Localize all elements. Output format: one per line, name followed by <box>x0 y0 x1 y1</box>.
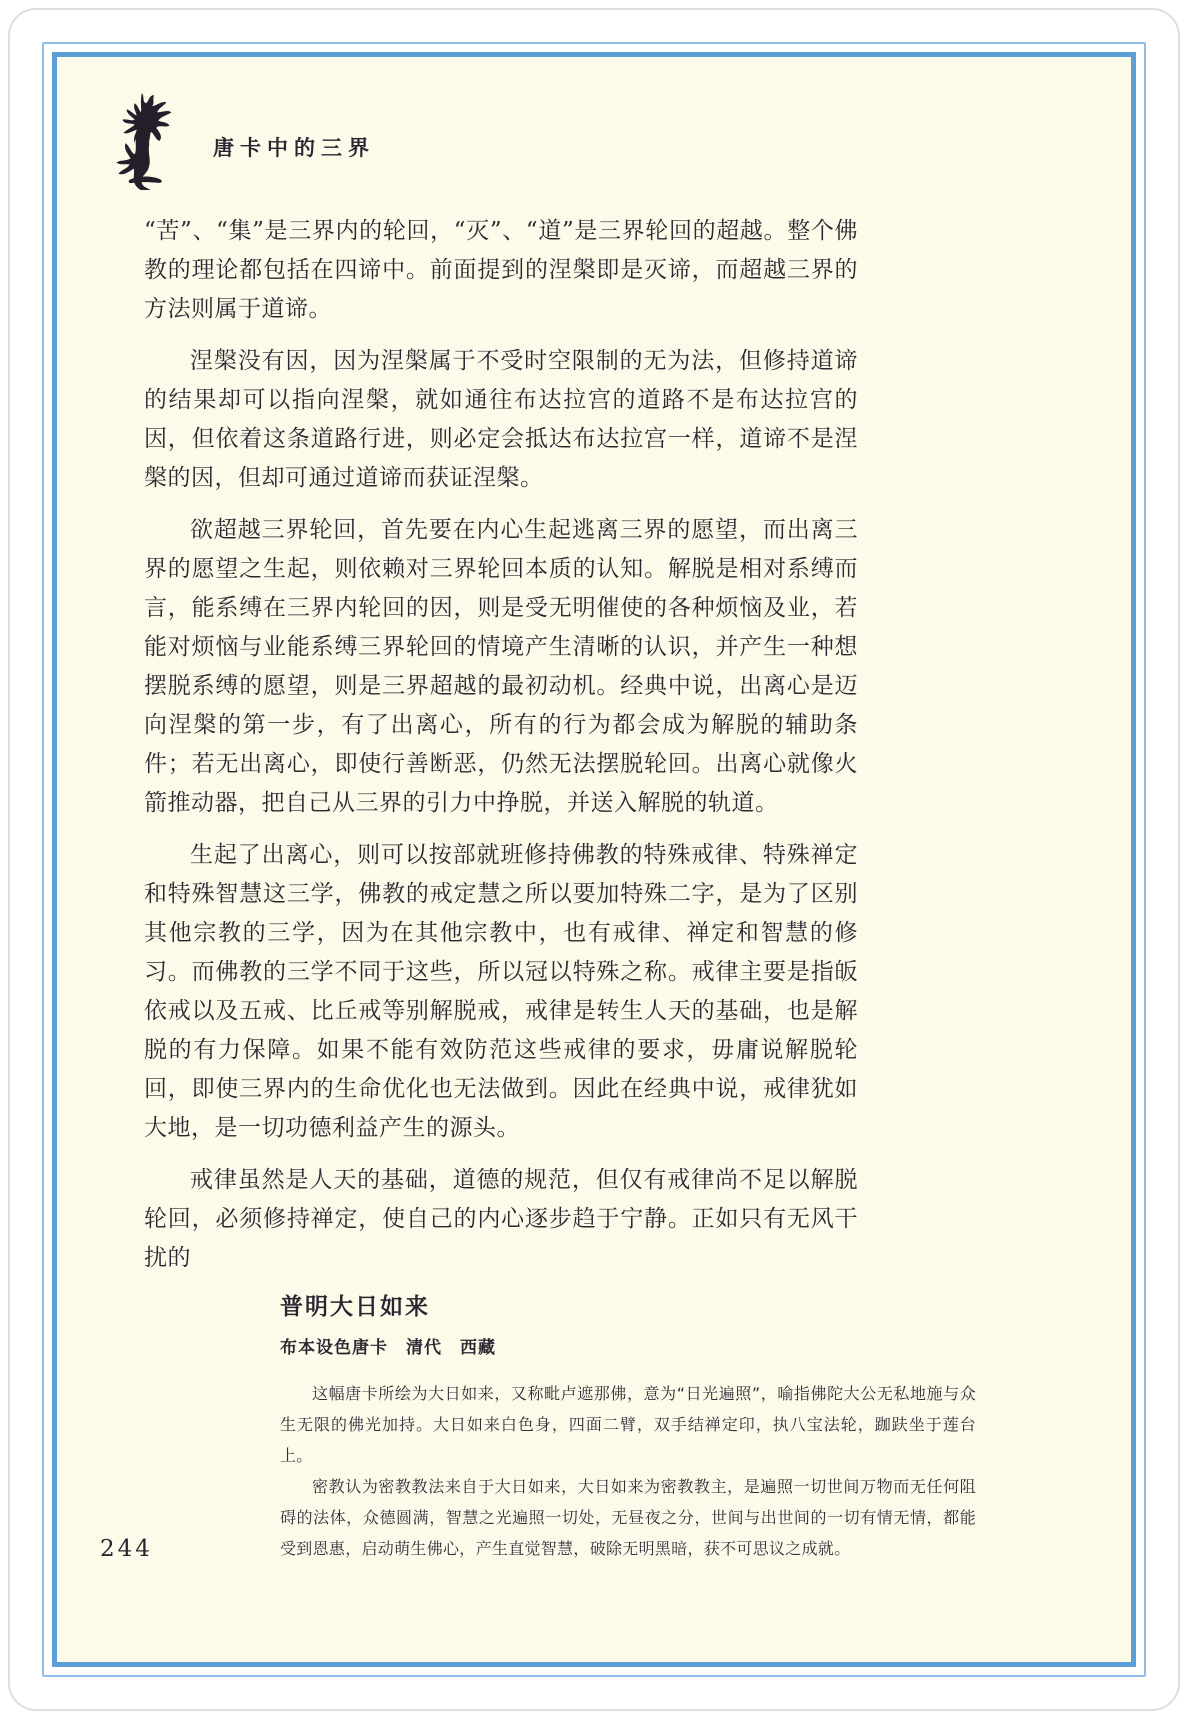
caption-paragraph: 这幅唐卡所绘为大日如来，又称毗卢遮那佛，意为“日光遍照”，喻指佛陀大公无私地施与… <box>280 1378 976 1471</box>
caption-block: 普明大日如来 布本设色唐卡 清代 西藏 这幅唐卡所绘为大日如来，又称毗卢遮那佛，… <box>280 1288 976 1564</box>
body-text-column: “苦”、“集”是三界内的轮回，“灭”、“道”是三界轮回的超越。整个佛教的理论都包… <box>144 212 858 1291</box>
ink-plant-ornament-icon <box>101 90 195 190</box>
body-paragraph: 欲超越三界轮回，首先要在内心生起逃离三界的愿望，而出离三界的愿望之生起，则依赖对… <box>144 511 858 823</box>
caption-paragraph: 密教认为密教教法来自于大日如来，大日如来为密教教主，是遍照一切世间万物而无任何阻… <box>280 1471 976 1564</box>
body-paragraph: 涅槃没有因，因为涅槃属于不受时空限制的无为法，但修持道谛的结果却可以指向涅槃，就… <box>144 342 858 498</box>
body-paragraph: “苦”、“集”是三界内的轮回，“灭”、“道”是三界轮回的超越。整个佛教的理论都包… <box>144 212 858 329</box>
caption-subtitle: 布本设色唐卡 清代 西藏 <box>280 1333 976 1358</box>
book-title: 唐卡中的三界 <box>213 132 375 162</box>
body-paragraph: 戒律虽然是人天的基础，道德的规范，但仅有戒律尚不足以解脱轮回，必须修持禅定，使自… <box>144 1161 858 1278</box>
caption-title: 普明大日如来 <box>280 1288 976 1321</box>
caption-body: 这幅唐卡所绘为大日如来，又称毗卢遮那佛，意为“日光遍照”，喻指佛陀大公无私地施与… <box>280 1378 976 1564</box>
page-number: 244 <box>100 1536 153 1562</box>
body-paragraph: 生起了出离心，则可以按部就班修持佛教的特殊戒律、特殊禅定和特殊智慧这三学，佛教的… <box>144 836 858 1148</box>
